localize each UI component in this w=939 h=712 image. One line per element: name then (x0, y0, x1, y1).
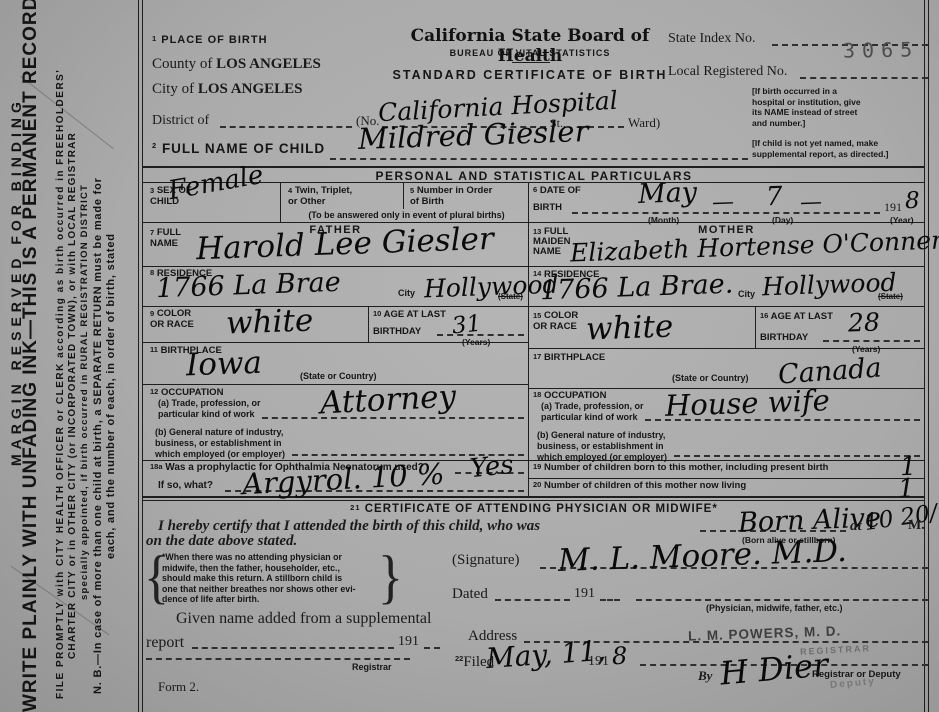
father-occupation-a-label: (a) Trade, profession, or particular kin… (158, 398, 261, 420)
dob-year-handwritten: 8 (905, 188, 921, 214)
at-label: at (850, 518, 862, 535)
row-rule (143, 222, 925, 223)
field-number: 19 (533, 462, 541, 471)
mother-occupation-label-text: OCCUPATION (544, 390, 606, 401)
child-name-line (330, 158, 748, 160)
form-number: Form 2. (158, 679, 199, 695)
field-number: 6 (533, 185, 537, 194)
row-rule (528, 478, 925, 479)
mother-residence-handwritten: 1766 La Brae. (540, 269, 734, 307)
district-line (220, 126, 352, 128)
father-birthplace-caption: (State or Country) (300, 371, 377, 381)
given-name-line1: Given name added from a supplemental (176, 610, 431, 628)
county-line: County of LOS ANGELES (152, 56, 321, 73)
by-label: By (698, 668, 712, 684)
field-number: 4 (288, 186, 292, 195)
plural-births-note: (To be answered only in event of plural … (285, 210, 528, 220)
city-prefix: City of (152, 81, 194, 97)
mother-residence-city-handwritten: Hollywood (762, 268, 897, 302)
father-age-handwritten: 31 (451, 311, 483, 340)
field-number: 11 (150, 345, 158, 354)
father-race-handwritten: white (225, 302, 313, 341)
order-of-birth-label: 5 Number in Order of Birth (410, 185, 492, 207)
city-value: LOS ANGELES (198, 81, 303, 97)
father-name-label-text: FULL NAME (150, 227, 181, 249)
child-name-handwritten: Mildred Giesler (357, 114, 588, 156)
row-rule (143, 460, 925, 461)
dob-month-handwritten: May (637, 177, 697, 210)
field-number: 16 (760, 311, 768, 320)
mother-age-label1: 16 AGE AT LAST (760, 311, 833, 322)
physician-midwife-caption: (Physician, midwife, father, etc.) (706, 603, 843, 613)
mother-occupation-a-label: (a) Trade, profession, or particular kin… (541, 401, 644, 423)
field-number: 8 (150, 268, 154, 277)
father-age-label2: BIRTHDAY (373, 326, 421, 337)
report-line (192, 647, 394, 649)
row-rule (143, 266, 925, 267)
mother-residence-state-caption: (State) (878, 292, 903, 301)
certificate-title-text: CERTIFICATE OF ATTENDING PHYSICIAN OR MI… (365, 503, 718, 515)
bureau-subtitle: BUREAU OF VITAL STATISTICS (385, 48, 675, 58)
place-of-birth-text: PLACE OF BIRTH (161, 34, 267, 46)
local-registered-label: Local Registered No. (668, 64, 787, 80)
mother-residence-city-caption: City (738, 289, 755, 299)
margin-nb-line1: N. B.—In case of more than one child at … (92, 177, 104, 694)
signature-handwritten: M. L. Moore. M.D. (557, 533, 847, 579)
county-value: LOS ANGELES (216, 56, 321, 72)
margin-file-promptly-line2: CHARTER CITY or in OTHER CITY (or INCORP… (67, 132, 78, 659)
mother-birthplace-caption: (State or Country) (672, 373, 749, 383)
mother-birthplace-label: 17 BIRTHPLACE (533, 352, 605, 363)
dob-dash1-handwritten: — (712, 190, 735, 216)
mother-occupation-b-line (674, 455, 920, 457)
father-age-label1: 10 AGE AT LAST (373, 309, 446, 320)
unnamed-child-note: [If child is not yet named, make supplem… (752, 138, 889, 159)
field-number: 3 (150, 186, 154, 195)
date-of-birth-label2: BIRTH (533, 202, 562, 213)
twin-order-divider (403, 182, 404, 209)
field-number: 1 (152, 34, 157, 43)
order-label-text: Number in Order of Birth (410, 185, 492, 207)
left-border-inner (142, 0, 143, 712)
right-border-inner (924, 0, 925, 712)
state-index-label: State Index No. (668, 31, 755, 47)
left-border-outer (138, 0, 139, 712)
dob-day-handwritten: 7 (765, 182, 783, 213)
mother-birthplace-label-text: BIRTHPLACE (544, 352, 605, 363)
mother-occupation-handwritten: House wife (664, 383, 830, 423)
margin-nb-line2: each, and the number of each, in order o… (105, 233, 117, 559)
dated-line3 (636, 599, 928, 601)
father-residence-handwritten: 1766 La Brae (156, 267, 342, 304)
father-occupation-handwritten: Attorney (319, 378, 457, 421)
twin-label-text: Twin, Triplet, or Other (288, 185, 352, 207)
mother-occupation-b-label: (b) General nature of industry, business… (537, 430, 667, 463)
registrar-sign-line (146, 658, 410, 660)
field-number: 2 (152, 141, 157, 150)
father-age-label-text: AGE AT LAST (384, 309, 446, 320)
father-residence-city-caption: City (398, 288, 415, 298)
field-number: 7 (150, 228, 154, 237)
report-year-printed: 191 (398, 634, 419, 650)
margin-permanent-record-note: WRITE PLAINLY WITH UNFADING INK—THIS IS … (20, 0, 42, 712)
meridiem-label: M. (908, 518, 925, 534)
mother-name-label: 13 FULL MAIDEN NAME (533, 227, 570, 257)
children-living-text: Number of children of this mother now li… (544, 480, 746, 491)
birth-certificate-scan: MARGIN RESERVED FOR BINDING WRITE PLAINL… (0, 0, 939, 712)
father-name-label: 7 FULL NAME (150, 228, 181, 249)
field-number: 18 (533, 390, 541, 399)
full-name-of-child-text: FULL NAME OF CHILD (162, 141, 325, 156)
mother-age-label-text: AGE AT LAST (771, 311, 833, 322)
dated-year-printed: 191 (574, 586, 595, 602)
father-occupation-label: 12 OCCUPATION (150, 387, 223, 398)
date-of-birth-label1: 6 DATE OF (533, 185, 581, 196)
sex-twin-divider (280, 182, 281, 222)
report-year-line (424, 647, 440, 649)
mother-race-handwritten: white (585, 308, 673, 347)
margin-file-promptly-line1: FILE PROMPTLY with CITY HEALTH OFFICER o… (55, 69, 66, 699)
registrar-caption: Registrar (352, 662, 392, 672)
field-number: 5 (410, 186, 414, 195)
field-number: 20 (533, 480, 541, 489)
right-border-outer (928, 0, 929, 712)
standard-certificate-title: STANDARD CERTIFICATE OF BIRTH (385, 68, 675, 82)
father-residence-state-caption: (State) (498, 292, 523, 301)
if-so-what-label: If so, what? (158, 480, 213, 491)
dated-line1 (495, 599, 570, 601)
father-race-label-text: COLOR OR RACE (150, 308, 194, 330)
city-line: City of LOS ANGELES (152, 81, 302, 98)
filed-year-printed: 191 (588, 654, 609, 670)
state-index-stamp: 3065 (843, 37, 920, 62)
dob-label-text: DATE OF (540, 185, 581, 196)
field-number: 12 (150, 387, 158, 396)
mother-age-line (823, 340, 920, 342)
field-number: 10 (373, 309, 381, 318)
bureau-rule (512, 62, 550, 63)
district-label: District of (152, 113, 209, 129)
field-number: 21 (350, 503, 360, 512)
prophylactic-answer-handwritten: Yes (469, 450, 516, 484)
filed-year-handwritten: 8 (612, 642, 628, 671)
field-number: 18a (150, 462, 163, 471)
race-age-divider-left (368, 306, 369, 342)
field-number: 15 (533, 311, 541, 320)
district-ward-label: Ward) (628, 115, 660, 131)
hospital-instruction-note: [If birth occurred in a hospital or inst… (752, 86, 861, 128)
dated-line2 (600, 599, 620, 601)
dated-label: Dated (452, 586, 488, 603)
father-race-label: 9 COLOR OR RACE (150, 309, 194, 330)
father-years-caption: (Years) (462, 337, 490, 347)
father-birthplace-handwritten: Iowa (185, 345, 262, 384)
twin-triplet-label: 4 Twin, Triplet, or Other (288, 185, 352, 207)
county-prefix: County of (152, 56, 212, 72)
no-physician-note: *When there was no attending physician o… (162, 552, 356, 605)
field-number: 9 (150, 309, 154, 318)
mother-age-handwritten: 28 (848, 307, 881, 337)
field-number: 13 (533, 227, 541, 236)
local-registered-line (800, 77, 928, 79)
mother-occupation-label: 18 OCCUPATION (533, 390, 606, 401)
father-occupation-b-label: (b) General nature of industry, business… (155, 427, 285, 460)
note-right-brace: } (378, 544, 403, 612)
dob-dash2-handwritten: — (800, 190, 823, 216)
margin-file-promptly-line3: specially appointed, if birth occurred i… (79, 184, 90, 600)
children-born-label: 19 Number of children born to this mothe… (533, 462, 828, 473)
mother-race-label: 15 COLOR OR RACE (533, 311, 578, 332)
dob-year-printed: 191 (884, 200, 902, 215)
field-number: 17 (533, 352, 541, 361)
children-born-text: Number of children born to this mother, … (544, 462, 828, 473)
father-occupation-label-text: OCCUPATION (161, 387, 223, 398)
signature-label: (Signature) (452, 552, 519, 569)
mother-age-label2: BIRTHDAY (760, 332, 808, 343)
given-name-line2: report (146, 634, 184, 652)
place-of-birth-label: 1 PLACE OF BIRTH (152, 34, 268, 46)
full-name-of-child-label: 2 FULL NAME OF CHILD (152, 141, 325, 156)
children-living-handwritten: 1 (897, 474, 915, 505)
board-of-health-title: California State Board of Health (385, 26, 675, 66)
children-living-label: 20 Number of children of this mother now… (533, 480, 746, 491)
race-age-divider-right (755, 306, 756, 348)
